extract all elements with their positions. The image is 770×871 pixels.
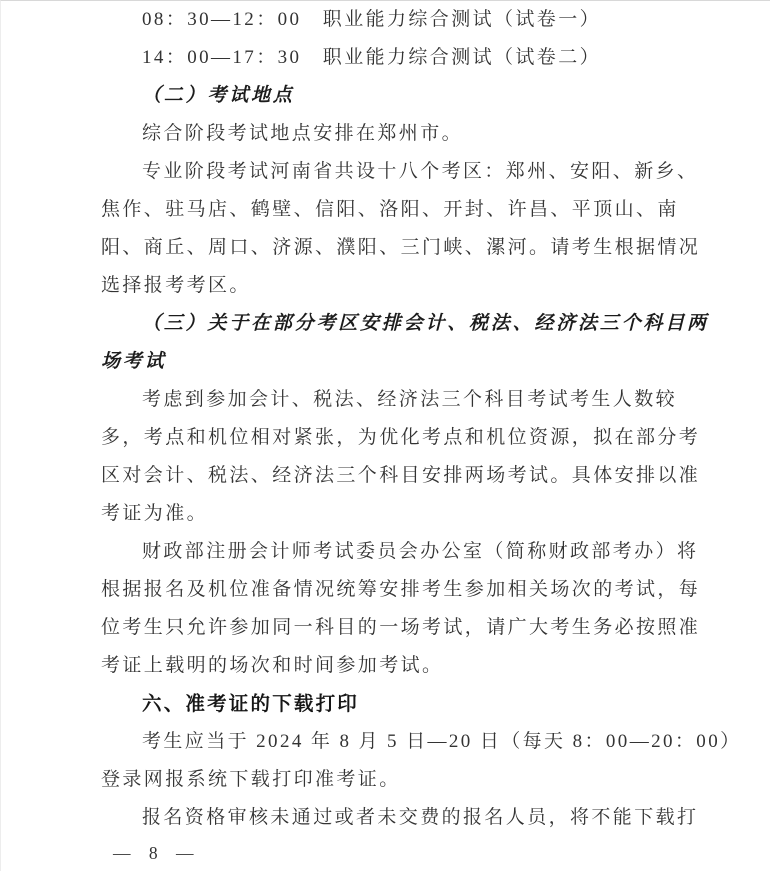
paragraph-line: 登录网报系统下载打印准考证。: [101, 761, 685, 799]
paragraph-line: 综合阶段考试地点安排在郑州市。: [101, 115, 685, 153]
section-heading: 场考试: [101, 343, 685, 381]
paragraph-line: 考证为准。: [101, 495, 685, 533]
paragraph-line: 考虑到参加会计、税法、经济法三个科目考试考生人数较: [101, 381, 685, 419]
paragraph-line: 财政部注册会计师考试委员会办公室（简称财政部考办）将: [101, 533, 685, 571]
paragraph-line: 考生应当于 2024 年 8 月 5 日—20 日（每天 8：00—20：00）: [101, 723, 685, 761]
paragraph-line: 选择报考考区。: [101, 267, 685, 305]
paragraph-line: 考证上载明的场次和时间参加考试。: [101, 647, 685, 685]
paragraph-line: 多，考点和机位相对紧张，为优化考点和机位资源，拟在部分考: [101, 419, 685, 457]
page-number: — 8 —: [113, 843, 201, 864]
paragraph-line: 根据报名及机位准备情况统筹安排考生参加相关场次的考试，每: [101, 571, 685, 609]
section-heading: （二）考试地点: [101, 77, 685, 115]
exam-session-line: 14：00—17：30 职业能力综合测试（试卷二）: [101, 39, 685, 77]
section-heading: （三）关于在部分考区安排会计、税法、经济法三个科目两: [101, 305, 685, 343]
paragraph-line: 区对会计、税法、经济法三个科目安排两场考试。具体安排以准: [101, 457, 685, 495]
chapter-heading: 六、准考证的下载打印: [101, 685, 685, 723]
paragraph-line: 焦作、驻马店、鹤壁、信阳、洛阳、开封、许昌、平顶山、南: [101, 191, 685, 229]
paragraph-line: 报名资格审核未通过或者未交费的报名人员，将不能下载打: [101, 799, 685, 837]
paragraph-line: 位考生只允许参加同一科目的一场考试，请广大考生务必按照准: [101, 609, 685, 647]
paragraph-line: 阳、商丘、周口、济源、濮阳、三门峡、漯河。请考生根据情况: [101, 229, 685, 267]
document-body: 08：30—12：00 职业能力综合测试（试卷一） 14：00—17：30 职业…: [101, 1, 685, 837]
paragraph-line: 专业阶段考试河南省共设十八个考区：郑州、安阳、新乡、: [101, 153, 685, 191]
document-page: 08：30—12：00 职业能力综合测试（试卷一） 14：00—17：30 职业…: [0, 0, 770, 871]
exam-session-line: 08：30—12：00 职业能力综合测试（试卷一）: [101, 1, 685, 39]
